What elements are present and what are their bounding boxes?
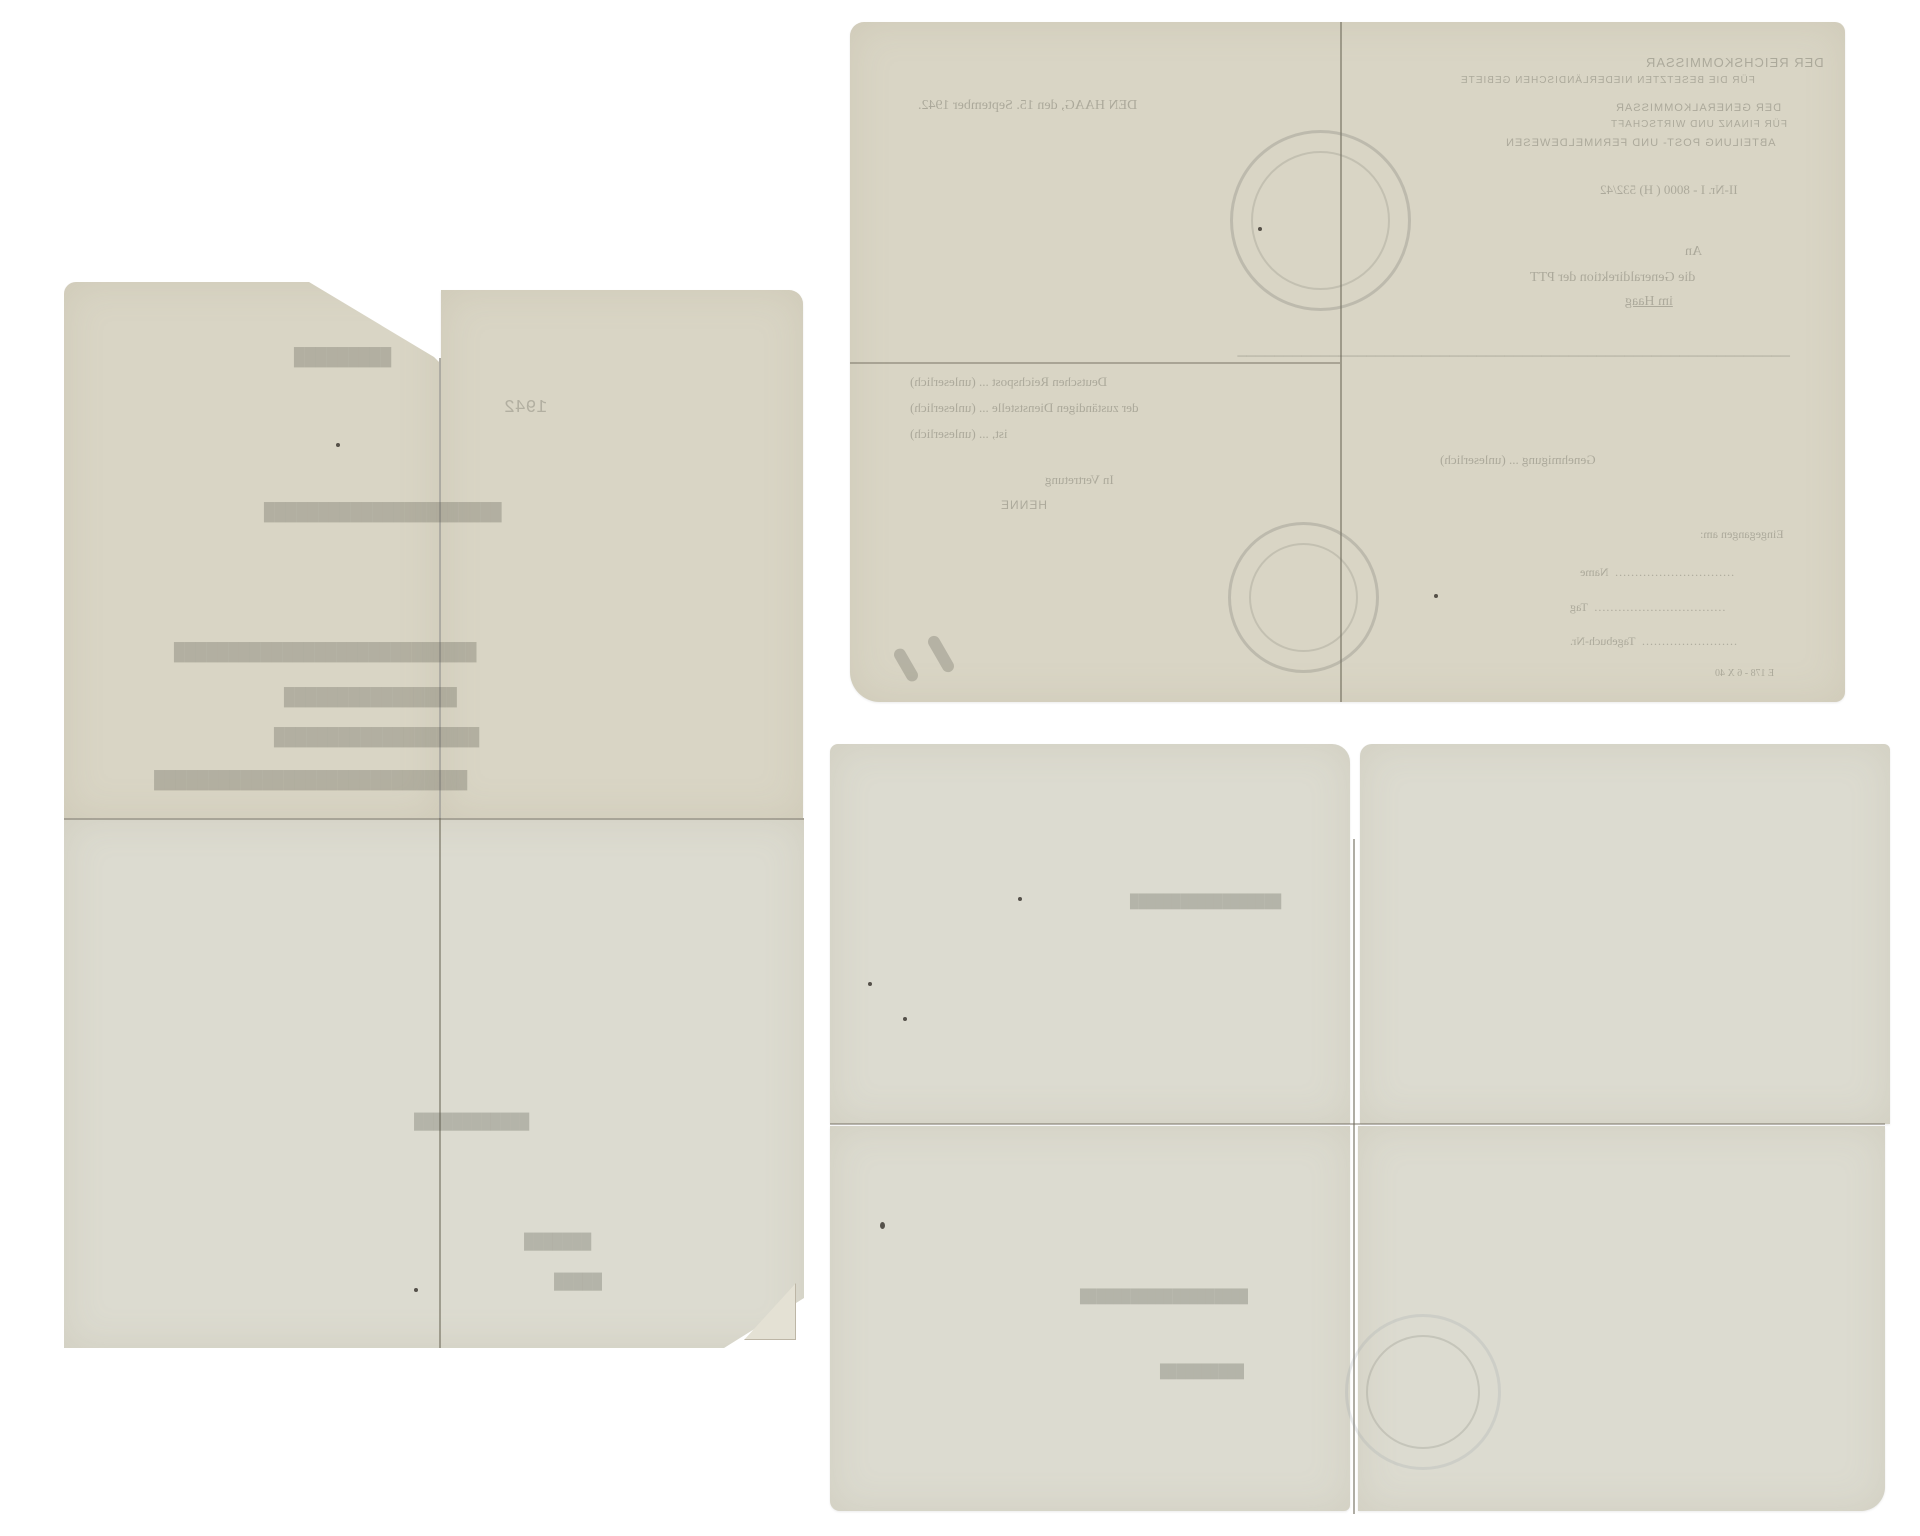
faint-stamp-trace (1345, 1314, 1501, 1470)
ghost-text: █████ (554, 1273, 602, 1291)
body-line: der zuständigen Dienststelle ... (unlese… (910, 400, 1139, 416)
form-field-label: ………………………… Name (1580, 565, 1735, 580)
foxing-spot (1018, 897, 1022, 901)
footer-code: E 178 - 6 X 40 (1715, 668, 1774, 679)
horizontal-crease (64, 818, 804, 820)
left-letter-top-right-panel (441, 290, 803, 818)
bottom-right-letter-document: ██████████████████ ████████████████████ … (830, 744, 1910, 1519)
signature-name: HENNE (1000, 498, 1047, 512)
horizontal-crease (830, 1123, 1885, 1125)
ghost-text: ████████████████████ (1080, 1289, 1248, 1305)
ghost-text: ███████ (524, 1233, 591, 1251)
body-line: Genehmigung ... (unleserlich) (1440, 452, 1596, 468)
ghost-text: ██████████████████ (1130, 894, 1281, 910)
bottom-right-bottom-left-panel (830, 1126, 1350, 1511)
letterhead-line: FÜR FINANZ UND WIRTSCHAFT (1610, 119, 1787, 130)
ghost-text: ████████████████████████████ (174, 643, 476, 663)
form-field-label: Eingegangen am: (1700, 527, 1784, 542)
round-stamp (1228, 522, 1379, 673)
ghost-text: ████████████████ (284, 688, 457, 708)
ghost-text: ██████████ (1160, 1364, 1244, 1380)
ghost-text: ████████████ (414, 1113, 529, 1131)
date-line: DEN HAAG, den 15. September 1942. (918, 98, 1137, 114)
foxing-spot (868, 982, 872, 986)
foxing-spot (1434, 594, 1438, 598)
bottom-right-top-left-panel (830, 744, 1350, 1124)
bottom-right-top-right-panel (1360, 744, 1890, 1124)
foxing-spot (336, 443, 340, 447)
body-line: Deutschen Reichspost ... (unleserlich) (910, 374, 1107, 390)
ghost-text: ██████████████████████ (264, 503, 502, 523)
body-line: ist, ... (unleserlich) (910, 426, 1007, 442)
form-field-label: …………………………… Tag (1570, 600, 1726, 615)
letterhead-line: ABTEILUNG POST- UND FERNMELDEWESEN (1505, 137, 1776, 149)
foxing-spot (880, 1222, 885, 1229)
signature-block-line: In Vertretung (1045, 472, 1114, 488)
foxing-spot (903, 1017, 907, 1021)
foxing-spot (414, 1288, 418, 1292)
letterhead-line: DER REICHSKOMMISSAR (1645, 55, 1824, 70)
ghost-text: █████████ (294, 348, 391, 368)
official-seal-stamp (1230, 130, 1411, 311)
addressee-line: die Generaldirektion der PTT (1530, 270, 1695, 286)
ghost-text: 1942 (504, 398, 547, 418)
addressee-line: An (1685, 244, 1702, 260)
letterhead-line: DER GENERALKOMMISSAR (1615, 102, 1781, 114)
top-right-form-document: DER REICHSKOMMISSAR FÜR DIE BESETZTEN NI… (850, 22, 1850, 702)
body-line: ────────────────────────────────────────… (910, 348, 1790, 364)
ghost-text: █████████████████████████████ (154, 771, 467, 791)
left-letter-bottom-panel (64, 818, 804, 1348)
addressee-line: im Haag (1625, 294, 1673, 310)
foxing-spot (1258, 227, 1262, 231)
reference-number: II-Nr. I - 8000 ( H) 532/42 (1600, 182, 1738, 198)
letterhead-line: FÜR DIE BESETZTEN NIEDERLÄNDISCHEN GEBIE… (1460, 75, 1755, 86)
ghost-text: ███████████████████ (274, 728, 479, 748)
left-letter-document: █████████ 1942 ██████████████████████ ██… (64, 278, 814, 1353)
form-field-label: …………………… Tagebuch-Nr. (1570, 634, 1737, 649)
